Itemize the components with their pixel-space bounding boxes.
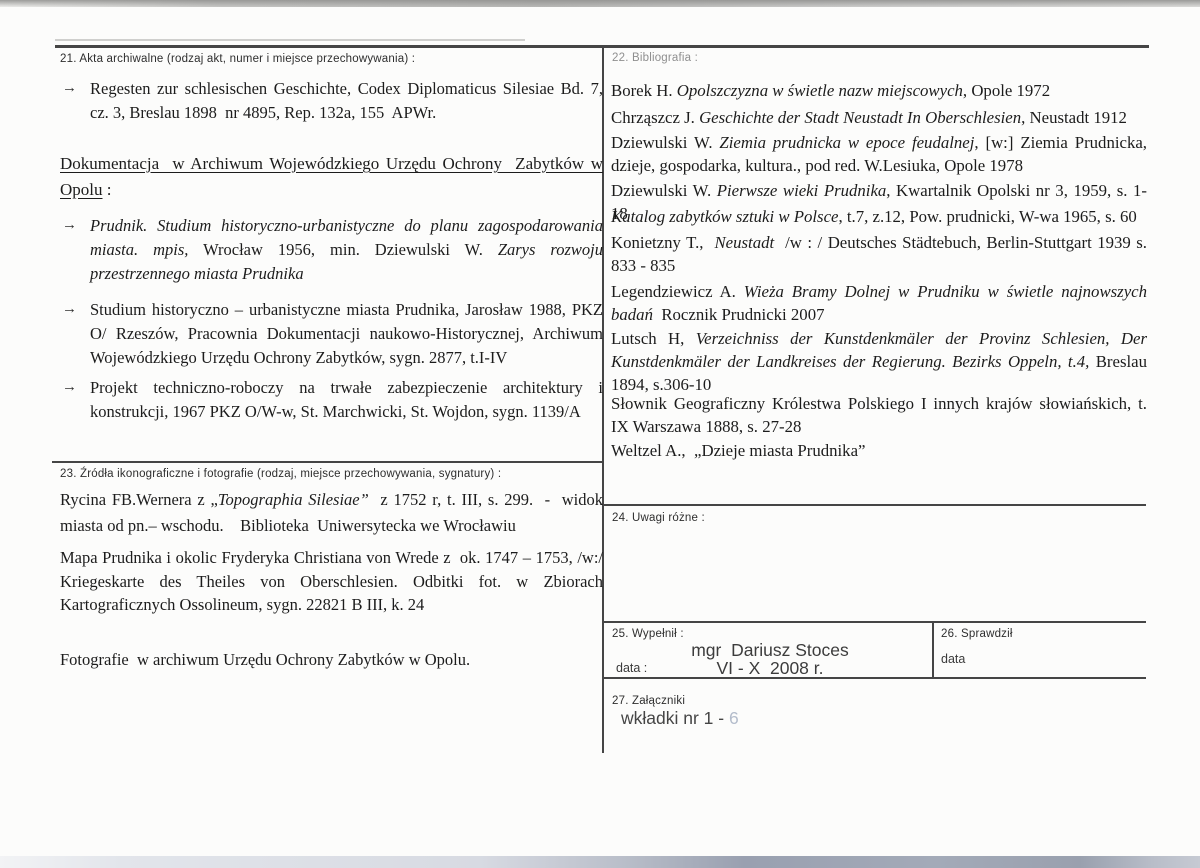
bib-details: , t.7, z.12, Pow. prudnicki, W-wa 1965, … <box>838 207 1136 226</box>
arrow-bullet-icon: → <box>62 301 77 318</box>
section-26-title: 26. Sprawdził <box>941 627 1013 641</box>
bibliography-entry: Konietzny T., Neustadt /w : / Deutsches … <box>611 231 1147 277</box>
attachments-faded-digit: 6 <box>729 708 739 728</box>
bib-author: Legendziewicz A. <box>611 282 744 301</box>
rule-above-section-25 <box>604 621 1146 623</box>
documentation-heading-colon: : <box>103 180 112 199</box>
bibliography-entry: Dziewulski W. Ziemia prudnicka w epoce f… <box>611 131 1147 177</box>
documentation-heading: Dokumentacja w Archiwum Wojewódzkiego Ur… <box>60 151 603 203</box>
scan-artifact-top <box>0 0 1200 7</box>
arrow-bullet-icon: → <box>62 379 77 396</box>
archival-item-projekt: → Projekt techniczno-roboczy na trwałe z… <box>60 376 603 424</box>
filled-date: VI - X 2008 r. <box>620 658 920 679</box>
section-25-title: 25. Wypełnił : <box>612 627 684 641</box>
bibliography-entry: Słownik Geograficzny Królestwa Polskiego… <box>611 392 1147 438</box>
archival-item-text: Prudnik. Studium historyczno-urbanistycz… <box>90 214 603 286</box>
bibliography-entry: Lutsch H, Verzeichniss der Kunstdenkmäle… <box>611 327 1147 396</box>
item-details: Wrocław 1956, min. Dziewulski W. <box>188 240 497 259</box>
section-22-title: 22. Bibliografia : <box>612 51 698 65</box>
bibliography-entry: Legendziewicz A. Wieża Bramy Dolnej w Pr… <box>611 280 1147 326</box>
section-24-title: 24. Uwagi różne : <box>612 511 705 525</box>
bib-title-italic: Opolszczyzna w świetle nazw miejscowych <box>677 81 963 100</box>
rule-above-section-24 <box>604 504 1146 506</box>
item-text: Rycina FB.Wernera z „ <box>60 490 218 509</box>
bib-details: , Opole 1972 <box>963 81 1050 100</box>
bib-author: Konietzny T., <box>611 233 714 252</box>
bib-details: , Neustadt 1912 <box>1021 108 1127 127</box>
section-23-title: 23. Źródła ikonograficzne i fotografie (… <box>60 467 501 481</box>
bibliography-entry: Weltzel A., „Dzieje miasta Prudnika” <box>611 439 1147 462</box>
iconography-item-fotografie: Fotografie w archiwum Urzędu Ochrony Zab… <box>60 647 603 672</box>
bib-author: Dziewulski W. <box>611 133 719 152</box>
date-label-26: data <box>941 652 965 666</box>
bib-title-italic: Ziemia prudnicka w epoce feudalnej <box>719 133 974 152</box>
bib-author: Dziewulski W. <box>611 181 717 200</box>
attachments-text: wkładki nr 1 - <box>621 708 729 728</box>
section-21-title: 21. Akta archiwalne (rodzaj akt, numer i… <box>60 52 415 66</box>
section-27-title: 27. Załączniki <box>612 694 685 708</box>
bib-title-italic: Geschichte der Stadt Neustadt In Obersch… <box>699 108 1021 127</box>
bib-title-italic: Neustadt <box>714 233 774 252</box>
archival-item-regesten: → Regesten zur schlesischen Geschichte, … <box>60 77 603 125</box>
iconography-item-rycina: Rycina FB.Wernera z „Topographia Silesia… <box>60 487 603 539</box>
rule-echo <box>55 39 525 41</box>
bib-author: Chrząszcz J. <box>611 108 699 127</box>
bibliography-entry: Katalog zabytków sztuki w Polsce, t.7, z… <box>611 205 1147 228</box>
documentation-heading-text: Dokumentacja w Archiwum Wojewódzkiego Ur… <box>60 154 603 199</box>
iconography-item-mapa: Mapa Prudnika i okolic Fryderyka Christi… <box>60 546 603 617</box>
archival-item-text: Projekt techniczno-roboczy na trwałe zab… <box>90 376 603 424</box>
bib-author: Weltzel A., „Dzieje miasta Prudnika” <box>611 441 865 460</box>
arrow-bullet-icon: → <box>62 217 77 234</box>
bib-details: Rocznik Prudnicki 2007 <box>653 305 825 324</box>
bibliography-entry: Chrząszcz J. Geschichte der Stadt Neusta… <box>611 106 1147 129</box>
bib-author: Borek H. <box>611 81 677 100</box>
document-scan: 21. Akta archiwalne (rodzaj akt, numer i… <box>0 0 1200 868</box>
archival-item-text: Regesten zur schlesischen Geschichte, Co… <box>90 77 603 125</box>
item-title-italic: Topographia Silesiae” <box>218 490 369 509</box>
archival-item-studium-1988: → Studium historyczno – urbanistyczne mi… <box>60 298 603 370</box>
scan-artifact-bottom <box>0 856 1200 868</box>
archival-item-text: Studium historyczno – urbanistyczne mias… <box>90 298 603 370</box>
attachments-value: wkładki nr 1 - 6 <box>621 708 739 729</box>
bib-author: Lutsch H, <box>611 329 696 348</box>
rule-above-section-23 <box>52 461 604 463</box>
archival-item-prudnik-studium: → Prudnik. Studium historyczno-urbanisty… <box>60 214 603 286</box>
rule-divider-25-26 <box>932 621 934 679</box>
bib-title-italic: Katalog zabytków sztuki w Polsce <box>611 207 838 226</box>
bib-author: Słownik Geograficzny Królestwa Polskiego… <box>611 394 1147 436</box>
bib-title-italic: Pierwsze wieki Prudnika <box>717 181 887 200</box>
arrow-bullet-icon: → <box>62 80 77 97</box>
bibliography-entry: Borek H. Opolszczyzna w świetle nazw mie… <box>611 79 1147 102</box>
